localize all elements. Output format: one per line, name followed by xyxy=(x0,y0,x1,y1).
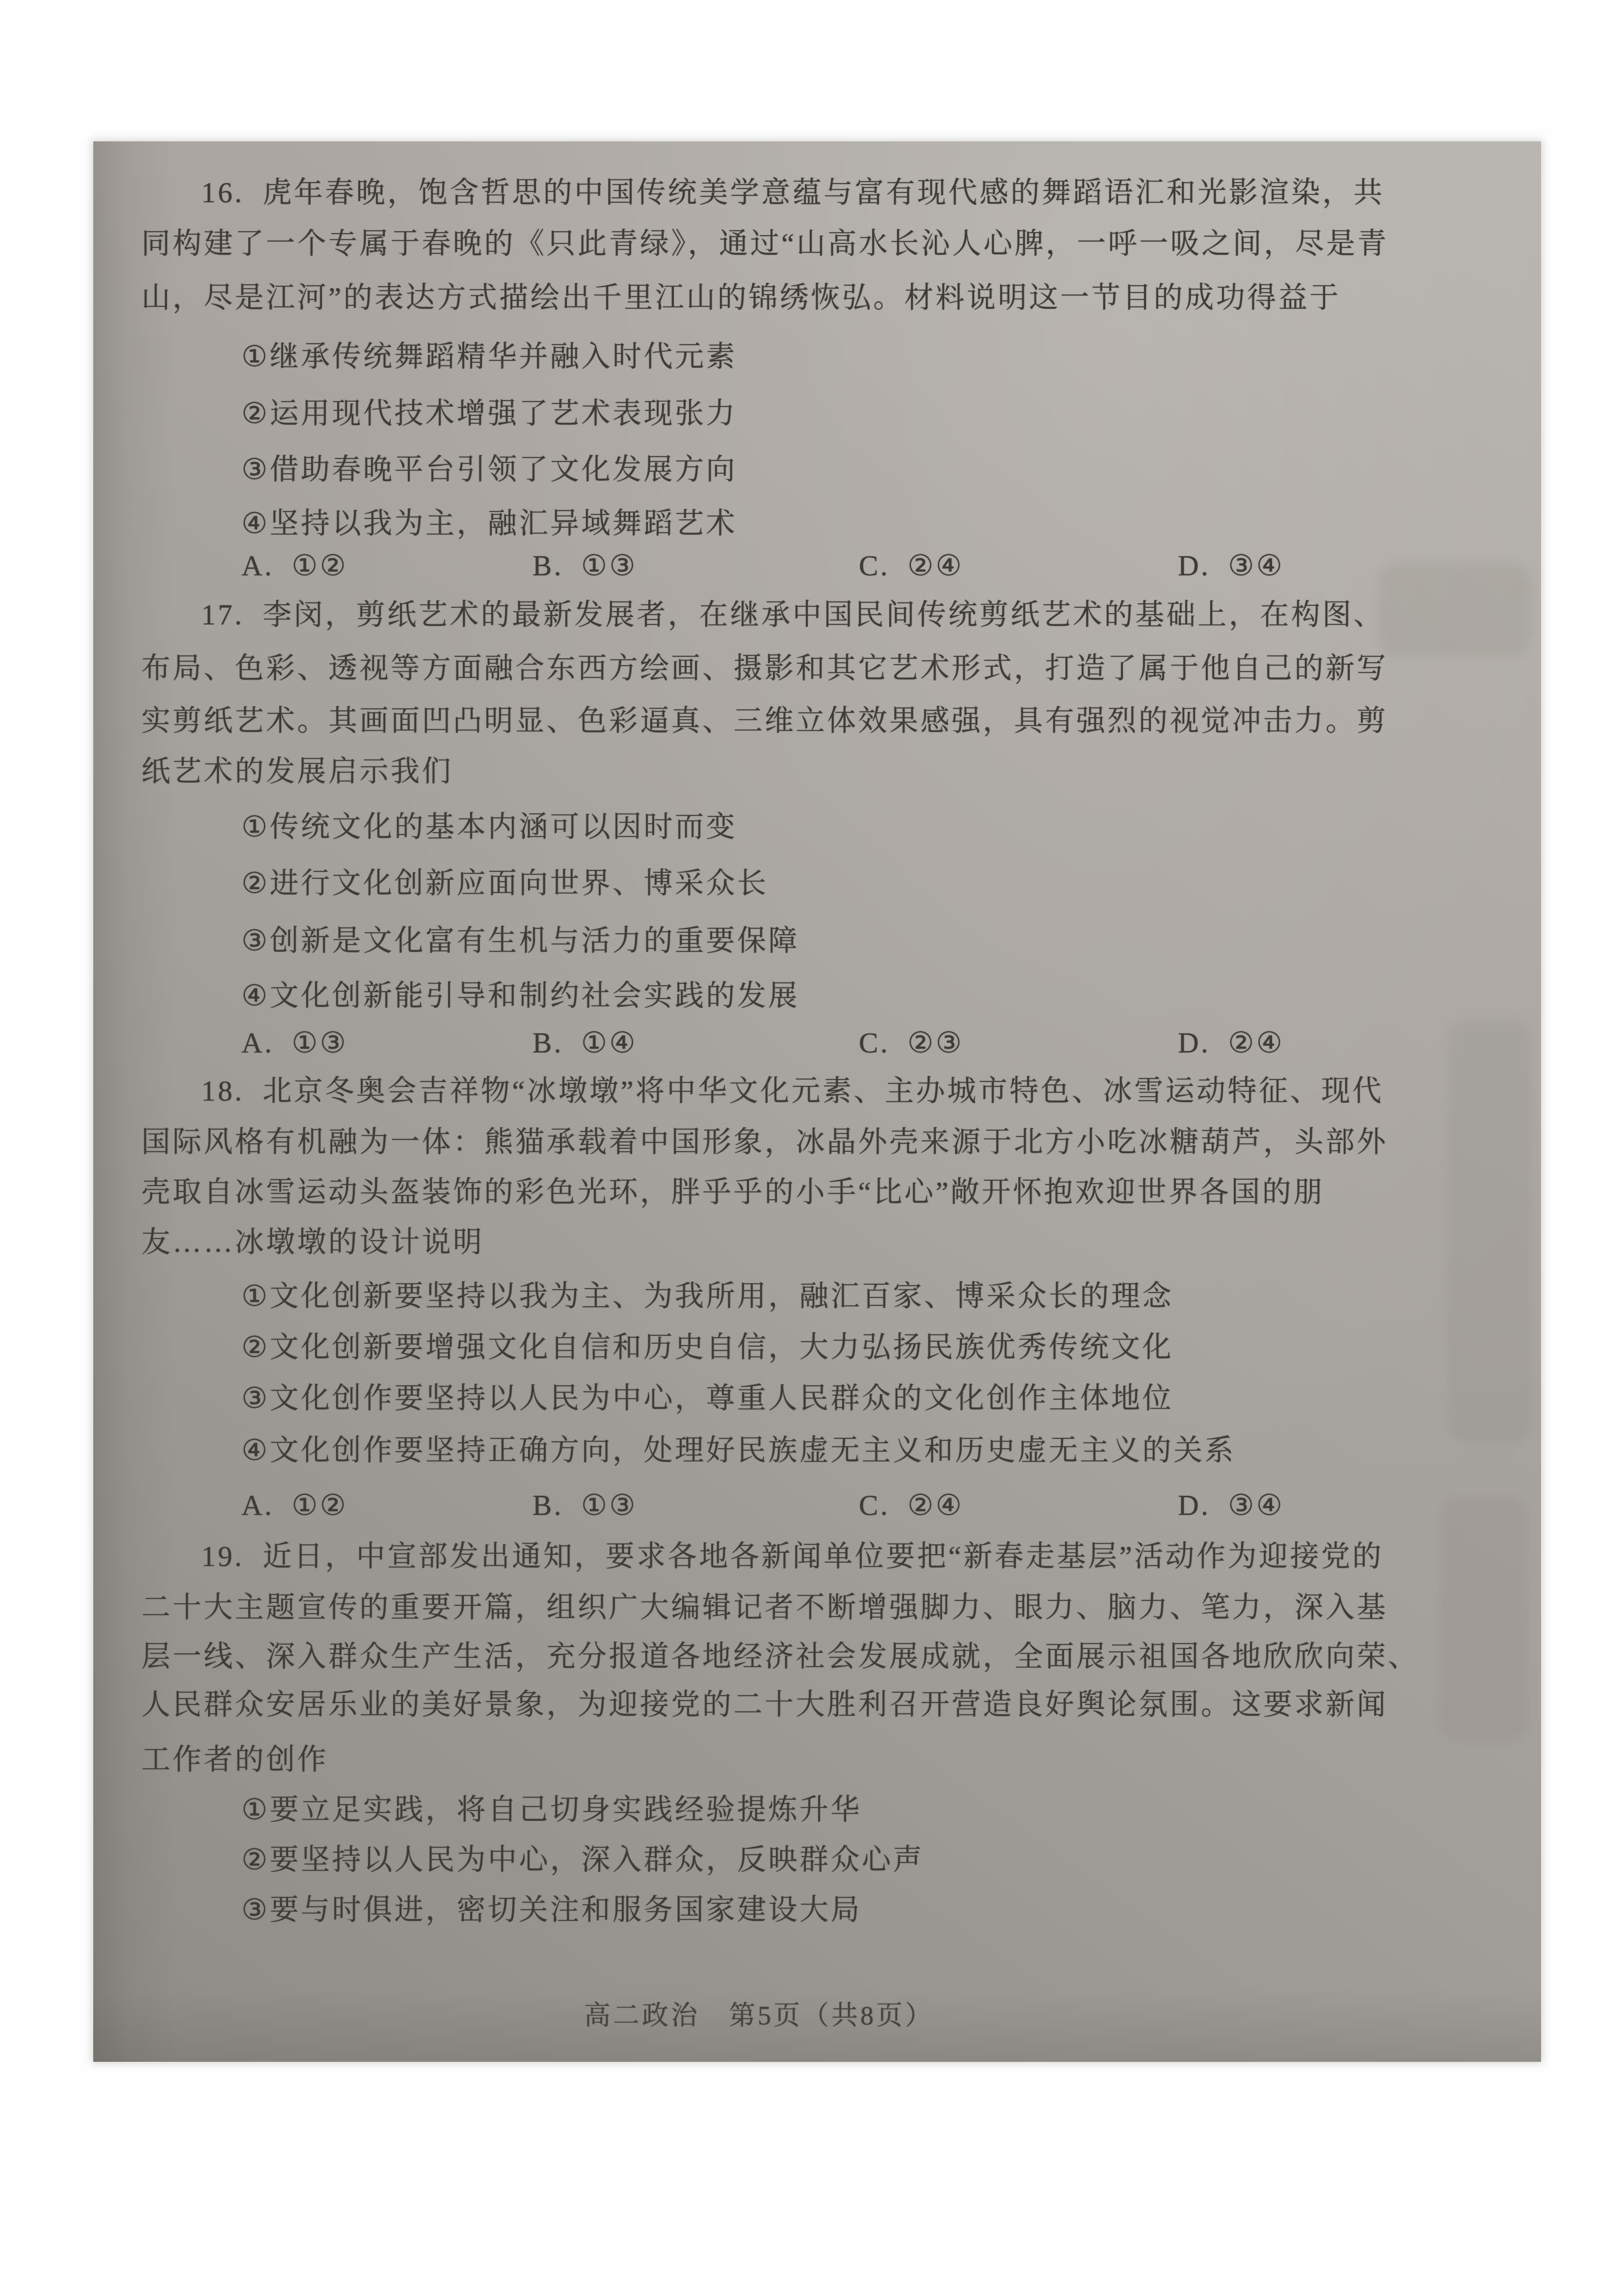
question-19-stem-line: 人民群众安居乐业的美好景象，为迎接党的二十大胜利召开营造良好舆论氛围。这要求新闻 xyxy=(141,1688,1388,1721)
question-16-option-D: D.③④ xyxy=(1178,549,1284,582)
question-18-number: 18. xyxy=(201,1075,244,1107)
question-19-statement: ①要立足实践，将自己切身实践经验提炼升华 xyxy=(241,1793,862,1826)
option-statement-numbers: ①③ xyxy=(581,549,638,582)
question-17-option-D: D.②④ xyxy=(1178,1026,1284,1059)
question-19-stem-text: 近日，中宣部发出通知，要求各地各新闻单位要把“新春走基层”活动作为迎接党的 xyxy=(263,1540,1384,1572)
option-statement-numbers: ②④ xyxy=(907,549,964,582)
question-16-statement: ②运用现代技术增强了艺术表现张力 xyxy=(241,397,737,430)
question-17-statement: ①传统文化的基本内涵可以因时而变 xyxy=(241,810,737,843)
question-17-statement: ②进行文化创新应面向世界、博采众长 xyxy=(241,866,768,900)
option-statement-numbers: ①② xyxy=(292,549,348,582)
option-statement-numbers: ①③ xyxy=(581,1489,638,1521)
question-16-statement: ①继承传统舞蹈精华并融入时代元素 xyxy=(241,340,737,373)
option-label: C. xyxy=(859,1489,890,1521)
question-17-options-row: A.①③B.①④C.②③D.②④ xyxy=(0,1026,1623,1059)
option-label: B. xyxy=(532,1026,563,1059)
question-17-option-A: A.①③ xyxy=(241,1026,348,1059)
option-label: D. xyxy=(1178,1026,1210,1059)
question-18-stem-line: 壳取自冰雪运动头盔装饰的彩色光环，胖乎乎的小手“比心”敞开怀抱欢迎世界各国的朋 xyxy=(141,1175,1325,1209)
question-16-option-A: A.①② xyxy=(241,549,348,582)
question-18-stem-line: 国际风格有机融为一体：熊猫承载着中国形象，冰晶外壳来源于北方小吃冰糖葫芦，头部外 xyxy=(141,1125,1388,1159)
question-17-option-B: B.①④ xyxy=(532,1026,638,1059)
option-statement-numbers: ①② xyxy=(292,1489,348,1521)
option-statement-numbers: ③④ xyxy=(1228,1489,1284,1521)
question-18-options-row: A.①②B.①③C.②④D.③④ xyxy=(0,1488,1623,1522)
option-statement-numbers: ②④ xyxy=(907,1489,964,1521)
question-16-stem-text: 虎年春晚，饱含哲思的中国传统美学意蕴与富有现代感的舞蹈语汇和光影渲染，共 xyxy=(263,176,1384,209)
question-19-stem-line: 19.近日，中宣部发出通知，要求各地各新闻单位要把“新春走基层”活动作为迎接党的 xyxy=(201,1540,1384,1573)
question-19-number: 19. xyxy=(201,1540,244,1572)
text-layer: 高二政治 第5页（共8页） 16.虎年春晚，饱含哲思的中国传统美学意蕴与富有现代… xyxy=(0,0,1623,2296)
question-19-statement: ③要与时俱进，密切关注和服务国家建设大局 xyxy=(241,1893,862,1926)
question-17-number: 17. xyxy=(201,598,244,631)
question-18-statement: ①文化创新要坚持以我为主、为我所用，融汇百家、博采众长的理念 xyxy=(241,1279,1173,1313)
option-statement-numbers: ①④ xyxy=(581,1026,638,1059)
question-19-stem-line: 层一线、深入群众生产生活，充分报道各地经济社会发展成就，全面展示祖国各地欣欣向荣… xyxy=(141,1640,1419,1673)
question-18-option-A: A.①② xyxy=(241,1488,348,1522)
question-18-stem-line: 18.北京冬奥会吉祥物“冰墩墩”将中华文化元素、主办城市特色、冰雪运动特征、现代 xyxy=(201,1074,1384,1107)
question-18-option-B: B.①③ xyxy=(532,1488,638,1522)
question-19-stem-line: 二十大主题宣传的重要开篇，组织广大编辑记者不断增强脚力、眼力、脑力、笔力，深入基 xyxy=(141,1591,1388,1624)
question-18-statement: ④文化创作要坚持正确方向，处理好民族虚无主义和历史虚无主义的关系 xyxy=(241,1433,1236,1467)
question-17-stem-line: 纸艺术的发展启示我们 xyxy=(141,755,453,788)
option-label: C. xyxy=(859,1026,890,1059)
question-17-stem-line: 实剪纸艺术。其画面凹凸明显、色彩逼真、三维立体效果感强，具有强烈的视觉冲击力。剪 xyxy=(141,704,1388,737)
option-statement-numbers: ③④ xyxy=(1228,549,1284,582)
option-label: A. xyxy=(241,549,274,582)
question-17-statement: ④文化创新能引导和制约社会实践的发展 xyxy=(241,979,799,1012)
question-16-options-row: A.①②B.①③C.②④D.③④ xyxy=(0,549,1623,582)
option-label: D. xyxy=(1178,1489,1210,1521)
option-statement-numbers: ②③ xyxy=(907,1026,964,1059)
page-footer: 高二政治 第5页（共8页） xyxy=(584,1999,934,2032)
question-17-option-C: C.②③ xyxy=(859,1026,964,1059)
option-statement-numbers: ①③ xyxy=(292,1026,348,1059)
question-16-option-C: C.②④ xyxy=(859,549,964,582)
option-label: D. xyxy=(1178,549,1210,582)
option-label: A. xyxy=(241,1026,274,1059)
question-18-stem-line: 友……冰墩墩的设计说明 xyxy=(141,1225,484,1259)
question-18-option-C: C.②④ xyxy=(859,1488,964,1522)
question-19-statement: ②要坚持以人民为中心，深入群众，反映群众心声 xyxy=(241,1843,924,1876)
question-16-option-B: B.①③ xyxy=(532,549,638,582)
question-17-stem-line: 布局、色彩、透视等方面融合东西方绘画、摄影和其它艺术形式，打造了属于他自己的新写 xyxy=(141,651,1388,685)
option-label: B. xyxy=(532,549,563,582)
question-18-statement: ②文化创新要增强文化自信和历史自信，大力弘扬民族优秀传统文化 xyxy=(241,1330,1173,1364)
question-16-stem-line: 同构建了一个专属于春晚的《只此青绿》，通过“山高水长沁人心脾，一呼一吸之间，尽是… xyxy=(141,227,1388,260)
question-18-statement: ③文化创作要坚持以人民为中心，尊重人民群众的文化创作主体地位 xyxy=(241,1381,1173,1415)
question-16-stem-line: 16.虎年春晚，饱含哲思的中国传统美学意蕴与富有现代感的舞蹈语汇和光影渲染，共 xyxy=(201,176,1384,209)
question-17-stem-line: 17.李闵，剪纸艺术的最新发展者，在继承中国民间传统剪纸艺术的基础上，在构图、 xyxy=(201,598,1384,631)
question-16-stem-line: 山，尽是江河”的表达方式描绘出千里江山的锦绣恢弘。材料说明这一节目的成功得益于 xyxy=(141,281,1341,314)
question-19-stem-line: 工作者的创作 xyxy=(141,1743,328,1776)
option-label: C. xyxy=(859,549,890,582)
question-17-statement: ③创新是文化富有生机与活力的重要保障 xyxy=(241,924,799,957)
option-label: A. xyxy=(241,1489,274,1521)
question-16-number: 16. xyxy=(201,176,244,209)
question-18-option-D: D.③④ xyxy=(1178,1488,1284,1522)
option-statement-numbers: ②④ xyxy=(1228,1026,1284,1059)
question-16-statement: ③借助春晚平台引领了文化发展方向 xyxy=(241,453,737,486)
question-18-stem-text: 北京冬奥会吉祥物“冰墩墩”将中华文化元素、主办城市特色、冰雪运动特征、现代 xyxy=(263,1075,1384,1107)
option-label: B. xyxy=(532,1489,563,1521)
question-16-statement: ④坚持以我为主，融汇异域舞蹈艺术 xyxy=(241,507,737,540)
question-17-stem-text: 李闵，剪纸艺术的最新发展者，在继承中国民间传统剪纸艺术的基础上，在构图、 xyxy=(263,598,1384,631)
